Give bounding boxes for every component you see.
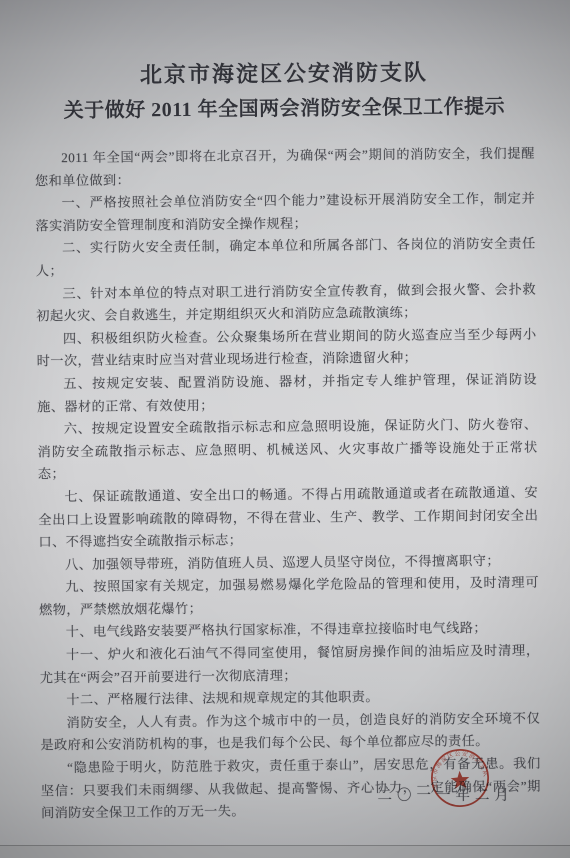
- issuer-title: 北京市海淀区公安消防支队: [34, 58, 534, 91]
- item-1-paragraph: 一、严格按照社会单位消防安全“四个能力”建设标开展消防安全工作，制定并落实消防安…: [35, 188, 535, 238]
- official-seal-stamp: 北京市海淀区公安消防支队: [427, 745, 493, 811]
- notice-body: 2011 年全国“两会”即将在北京召开，为确保“两会”期间的消防安全，我们提醒您…: [35, 143, 541, 826]
- seal-graphic: 北京市海淀区公安消防支队: [427, 745, 493, 811]
- item-9-paragraph: 九、按照国家有关规定，加强易燃易爆化学危险品的管理和使用，及时清理可燃物，严禁燃…: [39, 572, 539, 622]
- item-4-paragraph: 四、积极组织防火检查。公众聚集场所在营业期间的防火巡查应当至少每两小时一次，营业…: [36, 323, 536, 373]
- item-3-paragraph: 三、针对本单位的特点对职工进行消防安全宣传教育，做到会报火警、会扑救初起火灾、会…: [36, 278, 536, 328]
- item-2-paragraph: 二、实行防火安全责任制，确定本单位和所属各部门、各岗位的消防安全责任人；: [36, 233, 536, 283]
- item-5-paragraph: 五、按规定安装、配置消防设施、器材，并指定专人维护管理，保证消防设施、器材的正常…: [37, 369, 537, 419]
- notice-title: 关于做好 2011 年全国两会消防安全保卫工作提示: [34, 94, 534, 125]
- item-7-paragraph: 七、保证疏散通道、安全出口的畅通。不得占用疏散通道或者在疏散通道、安全出口上设置…: [38, 481, 539, 554]
- notice-page: 北京市海淀区公安消防支队 关于做好 2011 年全国两会消防安全保卫工作提示 2…: [0, 0, 570, 858]
- intro-paragraph: 2011 年全国“两会”即将在北京召开，为确保“两会”期间的消防安全，我们提醒您…: [35, 143, 535, 193]
- seal-star-icon: [450, 770, 470, 789]
- document-photo: 北京市海淀区公安消防支队 关于做好 2011 年全国两会消防安全保卫工作提示 2…: [0, 0, 570, 858]
- item-6-paragraph: 六、按规定设置安全疏散指示标志和应急照明设施，保证防火门、防火卷帘、消防安全疏散…: [37, 414, 538, 487]
- item-11-paragraph: 十一、炉火和液化石油气不得同室使用，餐馆厨房操作间的油垢应及时清理，尤其在“两会…: [39, 640, 539, 690]
